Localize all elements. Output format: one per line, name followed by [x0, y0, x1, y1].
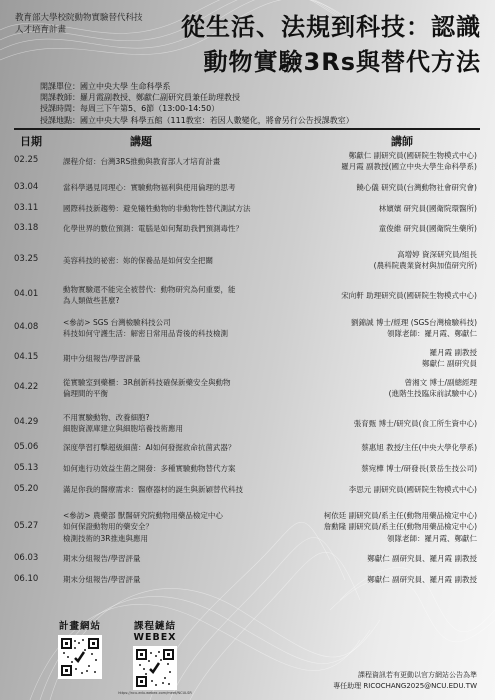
- title-line: 動物實驗3Rs與替代方法: [181, 45, 481, 80]
- topic-line: 化學世界的數位預測：電腦是如何幫助我們預測毒性？: [63, 223, 243, 234]
- topic-line: 期末分組報告/學習評量: [63, 553, 141, 564]
- table-row: 05.13如何進行功效益生菌之開發：多種實驗動物替代方案蔡宛樺 博士/研發長(景…: [0, 463, 495, 474]
- row-lecturer: 蔡宛樺 博士/研發長(景岳生技公司): [361, 463, 477, 474]
- program-name: 教育部大學校院動物實驗替代科技 人才培育計畫: [15, 12, 143, 36]
- lecturer-line: 童俊維 研究員(國衛院生藥所): [379, 223, 477, 234]
- program-line: 教育部大學校院動物實驗替代科技: [15, 12, 143, 24]
- topic-line: 倫理間的平衡: [63, 388, 230, 399]
- row-topic: <參訪> SGS 台灣檢驗科技公司科技如何守護生活：解密日常用品背後的科技檢測: [63, 317, 228, 340]
- row-lecturer: 鄭獻仁 副研究員、羅月霞 副教授: [367, 553, 477, 564]
- row-lecturer: 羅月霞 副教授鄭獻仁 副研究員: [422, 347, 477, 370]
- row-lecturer: 鄭獻仁 副研究員(國研院生物模式中心)羅月霞 副教授(國立中央大學生命科學系): [341, 150, 477, 173]
- footer-note: 課程資訊若有更動以官方網站公告為準: [333, 670, 477, 681]
- row-topic: 期中分組報告/學習評量: [63, 353, 141, 364]
- lecturer-line: 鄭獻仁 副研究員、羅月霞 副教授: [367, 553, 477, 564]
- table-row: 06.03期末分組報告/學習評量鄭獻仁 副研究員、羅月霞 副教授: [0, 553, 495, 564]
- row-date: 05.20: [14, 484, 38, 494]
- row-date: 06.03: [14, 553, 38, 563]
- table-row: 03.11國際科技新趨勢：避免犧牲動物的非動物性替代測試方法林嬪嬪 研究員(國衛…: [0, 203, 495, 214]
- lecturer-line: 羅月霞 副教授: [422, 347, 477, 358]
- topic-line: 滿足你我的醫療需求：醫療器材的誕生與新穎替代科技: [63, 484, 243, 495]
- row-topic: 從實驗室到藥櫃：3R創新科技確保新藥安全與動物倫理間的平衡: [63, 377, 230, 400]
- row-date: 03.18: [14, 223, 38, 233]
- row-topic: 當科學遇見同理心：實驗動物福利與使用倫理的思考: [63, 182, 236, 193]
- topic-line: 細胞資源庫建立與細胞培養技術應用: [63, 423, 183, 434]
- lecturer-line: 高增婷 資深研究員/組長: [374, 249, 477, 260]
- row-date: 04.29: [14, 417, 38, 427]
- table-row: 04.01動物實驗還不能完全被替代：動物研究為何重要，能為人類做些甚麼?宋向軒 …: [0, 284, 495, 307]
- lecturer-line: 鄭獻仁 副研究員: [422, 358, 477, 369]
- qr-label: 課程鏈結 WEBEX: [115, 618, 195, 643]
- row-date: 04.15: [14, 352, 38, 362]
- divider: [14, 128, 480, 130]
- row-date: 06.10: [14, 574, 38, 584]
- row-topic: 期末分組報告/學習評量: [63, 574, 141, 585]
- lecturer-line: 鄭獻仁 副研究員(國研院生物模式中心): [341, 150, 477, 161]
- topic-line: 課程介紹：台灣3RS推動與教育部人才培育計畫: [63, 156, 220, 167]
- row-topic: 美容科技的祕密：妳的保養品是如何安全把關: [63, 255, 213, 266]
- topic-line: 當科學遇見同理心：實驗動物福利與使用倫理的思考: [63, 182, 236, 193]
- row-lecturer: 童俊維 研究員(國衛院生藥所): [379, 223, 477, 234]
- row-date: 05.13: [14, 463, 38, 473]
- lecturer-line: 領隊老師：羅月霞、鄭獻仁: [351, 328, 477, 339]
- table-row: 03.25美容科技的祕密：妳的保養品是如何安全把關高增婷 資深研究員/組長(農科…: [0, 249, 495, 272]
- lecturer-line: 饒心儀 研究員(台灣動物社會研究會): [356, 182, 477, 193]
- header-topic: 講題: [130, 133, 152, 149]
- title-line: 從生活、法規到科技：認識: [181, 10, 481, 45]
- row-lecturer: 蔡惠旭 教授/主任(中央大學化學系): [361, 442, 477, 453]
- row-topic: 不用實驗動物、改養細胞?細胞資源庫建立與細胞培養技術應用: [63, 412, 183, 435]
- topic-line: 不用實驗動物、改養細胞?: [63, 412, 183, 423]
- row-lecturer: 張育甄 博士/研究員(食工所生資中心): [354, 418, 477, 429]
- topic-line: 深度學習打擊超級細菌：AI如何發掘救命抗菌武器？: [63, 442, 235, 453]
- row-lecturer: 宋向軒 助理研究員(國研院生物模式中心): [341, 290, 477, 301]
- topic-line: 科技如何守護生活：解密日常用品背後的科技檢測: [63, 328, 228, 339]
- lecturer-line: (農科院農業資材與加值研究所): [374, 260, 477, 271]
- row-topic: 滿足你我的醫療需求：醫療器材的誕生與新穎替代科技: [63, 484, 243, 495]
- table-row: 04.15期中分組報告/學習評量羅月霞 副教授鄭獻仁 副研究員: [0, 347, 495, 370]
- topic-line: 如何保證動物用的藥安全？: [63, 521, 223, 532]
- row-lecturer: 饒心儀 研究員(台灣動物社會研究會): [356, 182, 477, 193]
- qr-code-icon[interactable]: [58, 635, 102, 679]
- row-lecturer: 李思元 副研究員(國研院生物模式中心): [349, 484, 477, 495]
- info-row-teacher: 開課教師：羅月霞副教授、鄭獻仁副研究員兼任助理教授: [40, 92, 354, 103]
- row-lecturer: 鄭獻仁 副研究員、羅月霞 副教授: [367, 574, 477, 585]
- webex-url[interactable]: https://ncu-edu.webex.com/meet/NCULSR: [115, 691, 195, 695]
- row-lecturer: 高增婷 資深研究員/組長(農科院農業資材與加值研究所): [374, 249, 477, 272]
- topic-line: 檢測技術的3R推進與應用: [63, 533, 223, 544]
- lecturer-line: 詹勳隆 副研究員/系主任(動物用藥品檢定中心): [324, 521, 477, 532]
- table-row: 04.29不用實驗動物、改養細胞?細胞資源庫建立與細胞培養技術應用張育甄 博士/…: [0, 412, 495, 435]
- table-row: 03.18化學世界的數位預測：電腦是如何幫助我們預測毒性？童俊維 研究員(國衛院…: [0, 223, 495, 234]
- topic-line: 為人類做些甚麼?: [63, 295, 236, 306]
- course-title: 從生活、法規到科技：認識 動物實驗3Rs與替代方法: [181, 10, 481, 80]
- row-lecturer: 柯依廷 副研究員/系主任(動物用藥品檢定中心)詹勳隆 副研究員/系主任(動物用藥…: [324, 510, 477, 544]
- row-date: 03.04: [14, 182, 38, 192]
- qr-webex-link[interactable]: 課程鏈結 WEBEX https://ncu-edu.webex.com/mee…: [115, 618, 195, 695]
- header-lecturer: 講師: [391, 133, 413, 149]
- topic-line: <參訪> 農藥部 獸醫研究院動物用藥品檢定中心: [63, 510, 223, 521]
- table-row: 02.25課程介紹：台灣3RS推動與教育部人才培育計畫鄭獻仁 副研究員(國研院生…: [0, 150, 495, 173]
- row-topic: 國際科技新趨勢：避免犧牲動物的非動物性替代測試方法: [63, 203, 251, 214]
- footer-contact[interactable]: 專任助理 RICOCHANG2025@NCU.EDU.TW: [333, 681, 477, 692]
- footer: 課程資訊若有更動以官方網站公告為準 專任助理 RICOCHANG2025@NCU…: [333, 670, 477, 692]
- row-date: 05.27: [14, 521, 38, 531]
- row-lecturer: 曾湘文 博士/副總經理(進階生技臨床前試驗中心): [389, 377, 477, 400]
- lecturer-line: 李思元 副研究員(國研院生物模式中心): [349, 484, 477, 495]
- topic-line: 國際科技新趨勢：避免犧牲動物的非動物性替代測試方法: [63, 203, 251, 214]
- course-info: 開課單位：國立中央大學 生命科學系 開課教師：羅月霞副教授、鄭獻仁副研究員兼任助…: [40, 81, 354, 126]
- topic-line: 期末分組報告/學習評量: [63, 574, 141, 585]
- lecturer-line: 柯依廷 副研究員/系主任(動物用藥品檢定中心): [324, 510, 477, 521]
- qr-code-icon[interactable]: [133, 646, 177, 690]
- info-row-location: 授課地點：國立中央大學 科學五館（111教室：若因人數變化，將會另行公告授課教室…: [40, 115, 354, 126]
- lecturer-line: 宋向軒 助理研究員(國研院生物模式中心): [341, 290, 477, 301]
- row-lecturer: 林嬪嬪 研究員(國衛院環醫所): [379, 203, 477, 214]
- lecturer-line: 曾湘文 博士/副總經理: [389, 377, 477, 388]
- row-date: 04.22: [14, 382, 38, 392]
- table-row: 05.06深度學習打擊超級細菌：AI如何發掘救命抗菌武器？蔡惠旭 教授/主任(中…: [0, 442, 495, 453]
- table-row: 03.04當科學遇見同理心：實驗動物福利與使用倫理的思考饒心儀 研究員(台灣動物…: [0, 182, 495, 193]
- lecturer-line: 蔡宛樺 博士/研發長(景岳生技公司): [361, 463, 477, 474]
- table-row: 05.20滿足你我的醫療需求：醫療器材的誕生與新穎替代科技李思元 副研究員(國研…: [0, 484, 495, 495]
- topic-line: 如何進行功效益生菌之開發：多種實驗動物替代方案: [63, 463, 236, 474]
- row-topic: 動物實驗還不能完全被替代：動物研究為何重要，能為人類做些甚麼?: [63, 284, 236, 307]
- lecturer-line: (進階生技臨床前試驗中心): [389, 388, 477, 399]
- row-date: 04.08: [14, 322, 38, 332]
- table-row: 06.10期末分組報告/學習評量鄭獻仁 副研究員、羅月霞 副教授: [0, 574, 495, 585]
- table-row: 04.22從實驗室到藥櫃：3R創新科技確保新藥安全與動物倫理間的平衡曾湘文 博士…: [0, 377, 495, 400]
- lecturer-line: 劉錦誠 博士/經理 (SGS台灣檢驗科技): [351, 317, 477, 328]
- topic-line: <參訪> SGS 台灣檢驗科技公司: [63, 317, 228, 328]
- qr-label: 計畫網站: [50, 618, 110, 632]
- lecturer-line: 領隊老師：羅月霞、鄭獻仁: [324, 533, 477, 544]
- row-topic: 期末分組報告/學習評量: [63, 553, 141, 564]
- row-date: 03.11: [14, 203, 38, 213]
- lecturer-line: 羅月霞 副教授(國立中央大學生命科學系): [341, 161, 477, 172]
- row-date: 05.06: [14, 442, 38, 452]
- row-topic: 如何進行功效益生菌之開發：多種實驗動物替代方案: [63, 463, 236, 474]
- topic-line: 期中分組報告/學習評量: [63, 353, 141, 364]
- program-line: 人才培育計畫: [15, 24, 143, 36]
- topic-line: 從實驗室到藥櫃：3R創新科技確保新藥安全與動物: [63, 377, 230, 388]
- row-date: 02.25: [14, 155, 38, 165]
- lecturer-line: 蔡惠旭 教授/主任(中央大學化學系): [361, 442, 477, 453]
- lecturer-line: 林嬪嬪 研究員(國衛院環醫所): [379, 203, 477, 214]
- topic-line: 美容科技的祕密：妳的保養品是如何安全把關: [63, 255, 213, 266]
- row-topic: <參訪> 農藥部 獸醫研究院動物用藥品檢定中心如何保證動物用的藥安全？檢測技術的…: [63, 510, 223, 544]
- row-date: 03.25: [14, 254, 38, 264]
- row-date: 04.01: [14, 289, 38, 299]
- lecturer-line: 鄭獻仁 副研究員、羅月霞 副教授: [367, 574, 477, 585]
- header-date: 日期: [20, 133, 42, 149]
- lecturer-line: 張育甄 博士/研究員(食工所生資中心): [354, 418, 477, 429]
- row-topic: 化學世界的數位預測：電腦是如何幫助我們預測毒性？: [63, 223, 243, 234]
- row-topic: 深度學習打擊超級細菌：AI如何發掘救命抗菌武器？: [63, 442, 235, 453]
- qr-project-site[interactable]: 計畫網站: [50, 618, 110, 679]
- table-row: 05.27<參訪> 農藥部 獸醫研究院動物用藥品檢定中心如何保證動物用的藥安全？…: [0, 510, 495, 544]
- info-row-time: 授課時間：每周三下午第5、6節（13:00-14:50）: [40, 103, 354, 114]
- topic-line: 動物實驗還不能完全被替代：動物研究為何重要，能: [63, 284, 236, 295]
- info-row-unit: 開課單位：國立中央大學 生命科學系: [40, 81, 354, 92]
- row-lecturer: 劉錦誠 博士/經理 (SGS台灣檢驗科技)領隊老師：羅月霞、鄭獻仁: [351, 317, 477, 340]
- table-row: 04.08<參訪> SGS 台灣檢驗科技公司科技如何守護生活：解密日常用品背後的…: [0, 317, 495, 340]
- row-topic: 課程介紹：台灣3RS推動與教育部人才培育計畫: [63, 156, 220, 167]
